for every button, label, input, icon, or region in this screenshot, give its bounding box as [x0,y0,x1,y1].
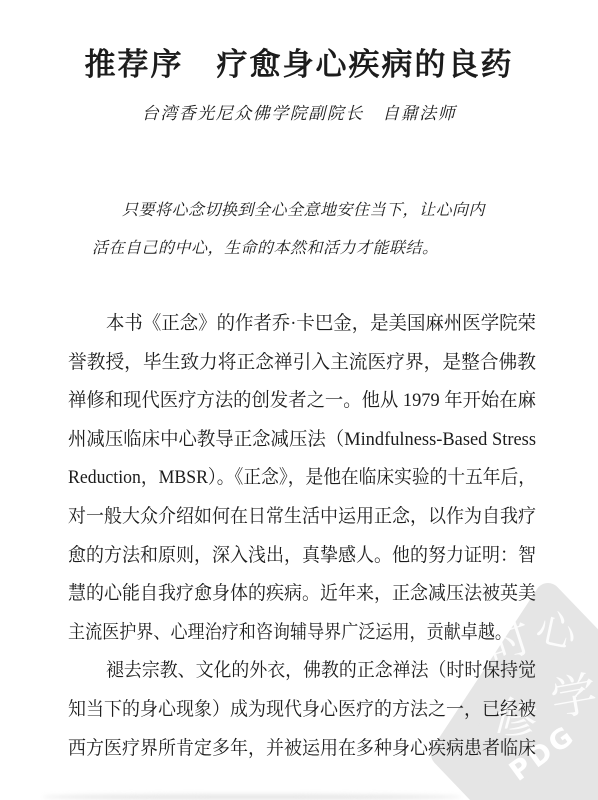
body-line: 本书《正念》的作者乔·卡巴金，是美国麻州医学院荣 [68,305,568,344]
body-line: 西方医疗界所肯定多年，并被运用在多种身心疾病患者临床 [68,730,568,769]
body-line: 慧的心能自我疗愈身体的疾病。近年来，正念减压法被英美 [68,575,568,614]
body-line: 主流医护界、心理治疗和咨询辅导界广泛运用，贡献卓越。 [68,614,568,653]
body-line: 对一般大众介绍如何在日常生活中运用正念，以作为自我疗 [68,498,568,537]
body-line: 褪去宗教、文化的外衣，佛教的正念禅法（时时保持觉 [68,652,568,691]
body-line: 愈的方法和原则，深入浅出，真挚感人。他的努力证明：智 [68,537,568,576]
body-line: 州减压临床中心教导正念减压法（Mindfulness-Based Stress [68,421,568,460]
body-line: 誉教授，毕生致力将正念禅引入主流医疗界，是整合佛教 [68,344,568,383]
body-text: 本书《正念》的作者乔·卡巴金，是美国麻州医学院荣誉教授，毕生致力将正念禅引入主流… [68,305,568,768]
quote-paragraph: 只要将心念切换到全心全意地安住当下，让心向内活在自己的中心，生命的本然和活力才能… [92,192,552,268]
body-line: Reduction，MBSR）。《正念》，是他在临床实验的十五年后， [68,459,568,498]
quote-line: 只要将心念切换到全心全意地安住当下，让心向内 [92,192,552,230]
page-title: 推荐序 疗愈身心疾病的良药 [0,44,598,86]
author-byline: 台湾香光尼众佛学院副院长 自鼐法师 [0,102,598,126]
quote-line: 活在自己的中心，生命的本然和活力才能联结。 [92,230,552,268]
scan-artifact [42,794,462,800]
book-page: 时 心 学 修 PDG 推荐序 疗愈身心疾病的良药 台湾香光尼众佛学院副院长 自… [0,0,598,800]
body-line: 禅修和现代医疗方法的创发者之一。他从 1979 年开始在麻 [68,382,568,421]
body-line: 知当下的身心现象）成为现代身心医疗的方法之一，已经被 [68,691,568,730]
